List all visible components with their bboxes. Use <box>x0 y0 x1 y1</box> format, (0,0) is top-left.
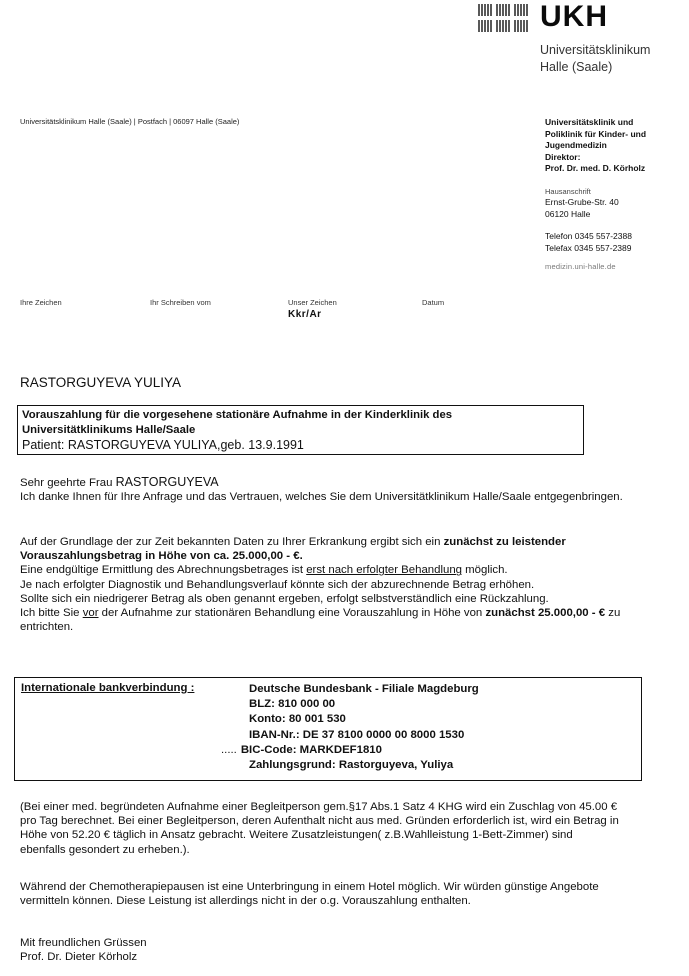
final-calc-sentence: Eine endgültige Ermittlung des Abrechnun… <box>20 563 640 577</box>
department-line: Jugendmedizin <box>545 140 646 152</box>
subject-box: Vorauszahlung für die vorgesehene statio… <box>17 405 584 455</box>
director-name: Prof. Dr. med. D. Körholz <box>545 163 646 175</box>
bank-name: Deutsche Bundesbank - Filiale Magdeburg <box>249 682 479 697</box>
final-calc-suffix: möglich. <box>462 564 508 576</box>
hotel-paragraph: Während der Chemotherapiepausen ist eine… <box>20 880 605 908</box>
signature-name: Prof. Dr. Dieter Körholz <box>20 950 670 964</box>
datum-label: Datum <box>422 298 444 307</box>
address-label: Hausanschrift <box>545 186 646 198</box>
request-mid: der Aufnahme zur stationären Behandlung … <box>99 607 486 619</box>
logo-text: UKH <box>540 0 608 34</box>
amount-intro: Auf der Grundlage der zur Zeit bekannten… <box>20 536 444 548</box>
fax-number: Telefax 0345 557-2389 <box>545 243 646 255</box>
request-amount: zunächst 25.000,00 - € <box>485 607 605 619</box>
logo-subtitle-line1: Universitätsklinikum <box>540 42 650 59</box>
ihre-zeichen-label: Ihre Zeichen <box>20 298 62 307</box>
closing-block: Mit freundlichen Grüssen Prof. Dr. Diete… <box>20 936 670 964</box>
director-label: Direktor: <box>545 152 646 164</box>
logo-mark-icon <box>478 4 532 34</box>
request-prefix: Ich bitte Sie <box>20 607 83 619</box>
logo-subtitle: Universitätsklinikum Halle (Saale) <box>540 42 650 76</box>
department-line: Poliklinik für Kinder- und <box>545 129 646 141</box>
payment-request-sentence: Ich bitte Sie vor der Aufnahme zur stati… <box>20 606 650 634</box>
refund-sentence: Sollte sich ein niedrigerer Betrag als o… <box>20 592 580 606</box>
advance-payment-paragraph: Auf der Grundlage der zur Zeit bekannten… <box>20 535 640 634</box>
sender-address-line: Universitätsklinikum Halle (Saale) | Pos… <box>20 117 239 126</box>
bic-code: BIC-Code: MARKDEF1810 <box>241 744 382 756</box>
department-info: Universitätsklinik und Poliklinik für Ki… <box>545 117 646 273</box>
greeting: Sehr geehrte Frau RASTORGUYEVA <box>20 475 660 490</box>
phone-number: Telefon 0345 557-2388 <box>545 231 646 243</box>
subject-line: Universitätklinikums Halle/Saale <box>22 423 579 438</box>
website-link[interactable]: medizin.uni-halle.de <box>545 261 646 273</box>
amount-sentence: Auf der Grundlage der zur Zeit bekannten… <box>20 535 620 563</box>
bank-konto: Konto: 80 001 530 <box>249 712 479 727</box>
department-line: Universitätsklinik und <box>545 117 646 129</box>
closing-regards: Mit freundlichen Grüssen <box>20 936 670 950</box>
address-city: 06120 Halle <box>545 209 646 221</box>
bic-dots: ..... <box>221 744 237 756</box>
bank-label: Internationale bankverbindung : <box>21 682 194 694</box>
final-calc-underlined: erst nach erfolgter Behandlung <box>306 564 462 576</box>
recipient-name: RASTORGUYEVA YULIYA <box>20 375 181 390</box>
ihr-schreiben-label: Ihr Schreiben vom <box>150 298 211 307</box>
logo-subtitle-line2: Halle (Saale) <box>540 59 650 76</box>
increase-sentence: Je nach erfolgter Diagnostik und Behandl… <box>20 578 640 592</box>
bank-details-box: Internationale bankverbindung : Deutsche… <box>14 677 642 781</box>
unser-zeichen-value: Kkr/Ar <box>288 309 322 320</box>
bank-iban: IBAN-Nr.: DE 37 8100 0000 00 8000 1530 <box>249 728 479 743</box>
subject-line: Vorauszahlung für die vorgesehene statio… <box>22 408 579 423</box>
bank-bic: .....BIC-Code: MARKDEF1810 <box>249 743 479 758</box>
payment-reference: Zahlungsgrund: Rastorguyeva, Yuliya <box>249 758 479 773</box>
final-calc-prefix: Eine endgültige Ermittlung des Abrechnun… <box>20 564 306 576</box>
patient-info: Patient: RASTORGUYEVA YULIYA,geb. 13.9.1… <box>22 438 579 453</box>
request-underlined: vor <box>83 607 99 619</box>
thanks-text: Ich danke Ihnen für Ihre Anfrage und das… <box>20 490 630 504</box>
salutation-block: Sehr geehrte Frau RASTORGUYEVA Ich danke… <box>20 475 660 504</box>
companion-fee-paragraph: (Bei einer med. begründeten Aufnahme ein… <box>20 800 620 857</box>
address-street: Ernst-Grube-Str. 40 <box>545 197 646 209</box>
bank-details: Deutsche Bundesbank - Filiale Magdeburg … <box>249 682 479 773</box>
bank-blz: BLZ: 810 000 00 <box>249 697 479 712</box>
greeting-name: RASTORGUYEVA <box>116 475 219 489</box>
unser-zeichen-label: Unser Zeichen <box>288 298 337 307</box>
greeting-prefix: Sehr geehrte Frau <box>20 477 116 489</box>
